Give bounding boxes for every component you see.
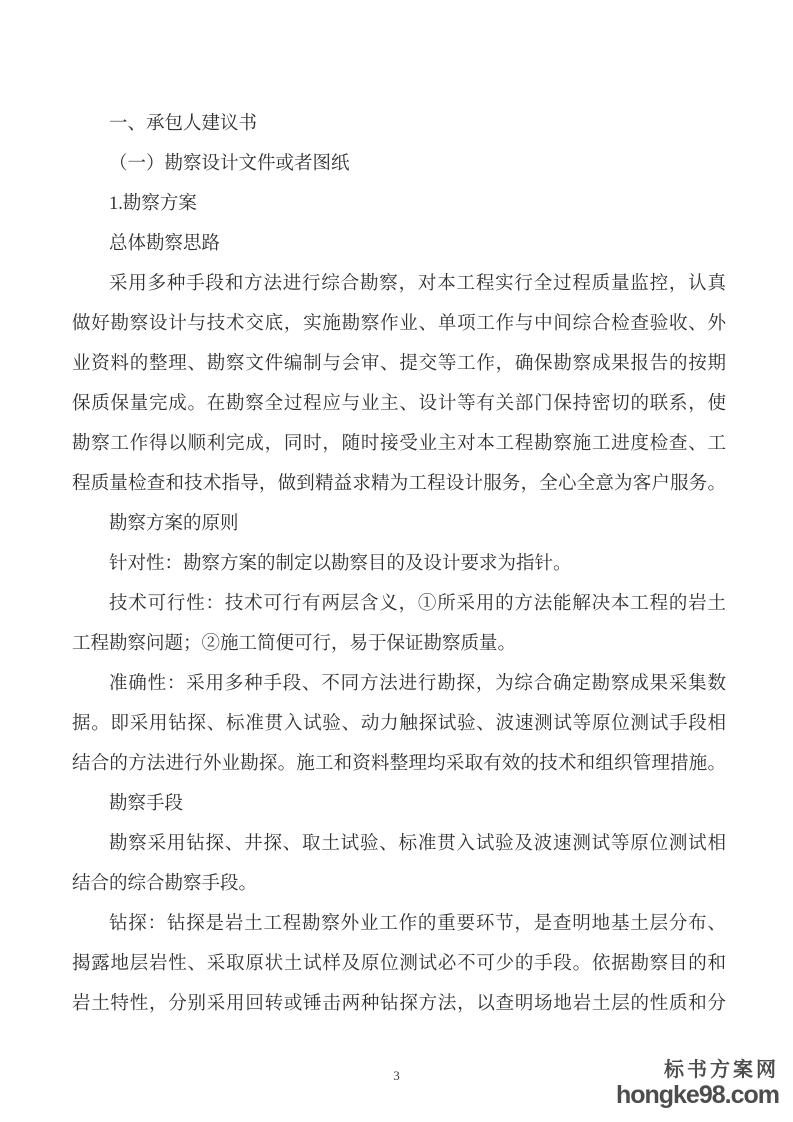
heading-methods: 勘察手段 <box>72 784 726 824</box>
text-line: 勘察工作得以顺利完成，同时，随时接受业主对本工程勘察施工进度检查、工 <box>72 424 726 464</box>
text-line: 揭露地层岩性、采取原状土试样及原位测试必不可少的手段。依据勘察目的和 <box>72 944 726 984</box>
heading-numbered: 1.勘察方案 <box>72 184 726 224</box>
watermark-site-url: hongke98.com <box>616 1082 779 1109</box>
text-line: 程质量检查和技术指导，做到精益求精为工程设计服务，全心全意为客户服务。 <box>72 464 726 504</box>
text-line: 技术可行性：技术可行有两层含义，①所采用的方法能解决本工程的岩土 <box>72 584 726 624</box>
heading-overall-idea: 总体勘察思路 <box>72 224 726 264</box>
document-body: 一、承包人建议书 （一）勘察设计文件或者图纸 1.勘察方案 总体勘察思路 采用多… <box>72 104 726 1024</box>
heading-section: 一、承包人建议书 <box>72 104 726 144</box>
heading-subsection: （一）勘察设计文件或者图纸 <box>72 144 726 184</box>
text-line: 勘察采用钻探、井探、取土试验、标准贯入试验及波速测试等原位测试相 <box>72 824 726 864</box>
text-line: 结合的方法进行外业勘探。施工和资料整理均采取有效的技术和组织管理措施。 <box>72 744 726 784</box>
text-line: 据。即采用钻探、标准贯入试验、动力触探试验、波速测试等原位测试手段相 <box>72 704 726 744</box>
text-line: 采用多种手段和方法进行综合勘察，对本工程实行全过程质量监控，认真 <box>72 264 726 304</box>
text-line: 针对性：勘察方案的制定以勘察目的及设计要求为指针。 <box>72 544 726 584</box>
heading-principles: 勘察方案的原则 <box>72 504 726 544</box>
text-line: 保质保量完成。在勘察全过程应与业主、设计等有关部门保持密切的联系，使 <box>72 384 726 424</box>
text-line: 准确性：采用多种手段、不同方法进行勘探，为综合确定勘察成果采集数 <box>72 664 726 704</box>
text-line: 岩土特性，分别采用回转或锤击两种钻探方法，以查明场地岩土层的性质和分 <box>72 984 726 1024</box>
watermark-site-name: 标书方案网 <box>616 1058 779 1082</box>
document-page: 一、承包人建议书 （一）勘察设计文件或者图纸 1.勘察方案 总体勘察思路 采用多… <box>0 0 793 1122</box>
text-line: 业资料的整理、勘察文件编制与会审、提交等工作，确保勘察成果报告的按期 <box>72 344 726 384</box>
watermark: 标书方案网 hongke98.com <box>616 1058 779 1109</box>
text-line: 结合的综合勘察手段。 <box>72 864 726 904</box>
text-line: 钻探：钻探是岩土工程勘察外业工作的重要环节，是查明地基土层分布、 <box>72 904 726 944</box>
text-line: 做好勘察设计与技术交底，实施勘察作业、单项工作与中间综合检查验收、外 <box>72 304 726 344</box>
text-line: 工程勘察问题；②施工简便可行，易于保证勘察质量。 <box>72 624 726 664</box>
